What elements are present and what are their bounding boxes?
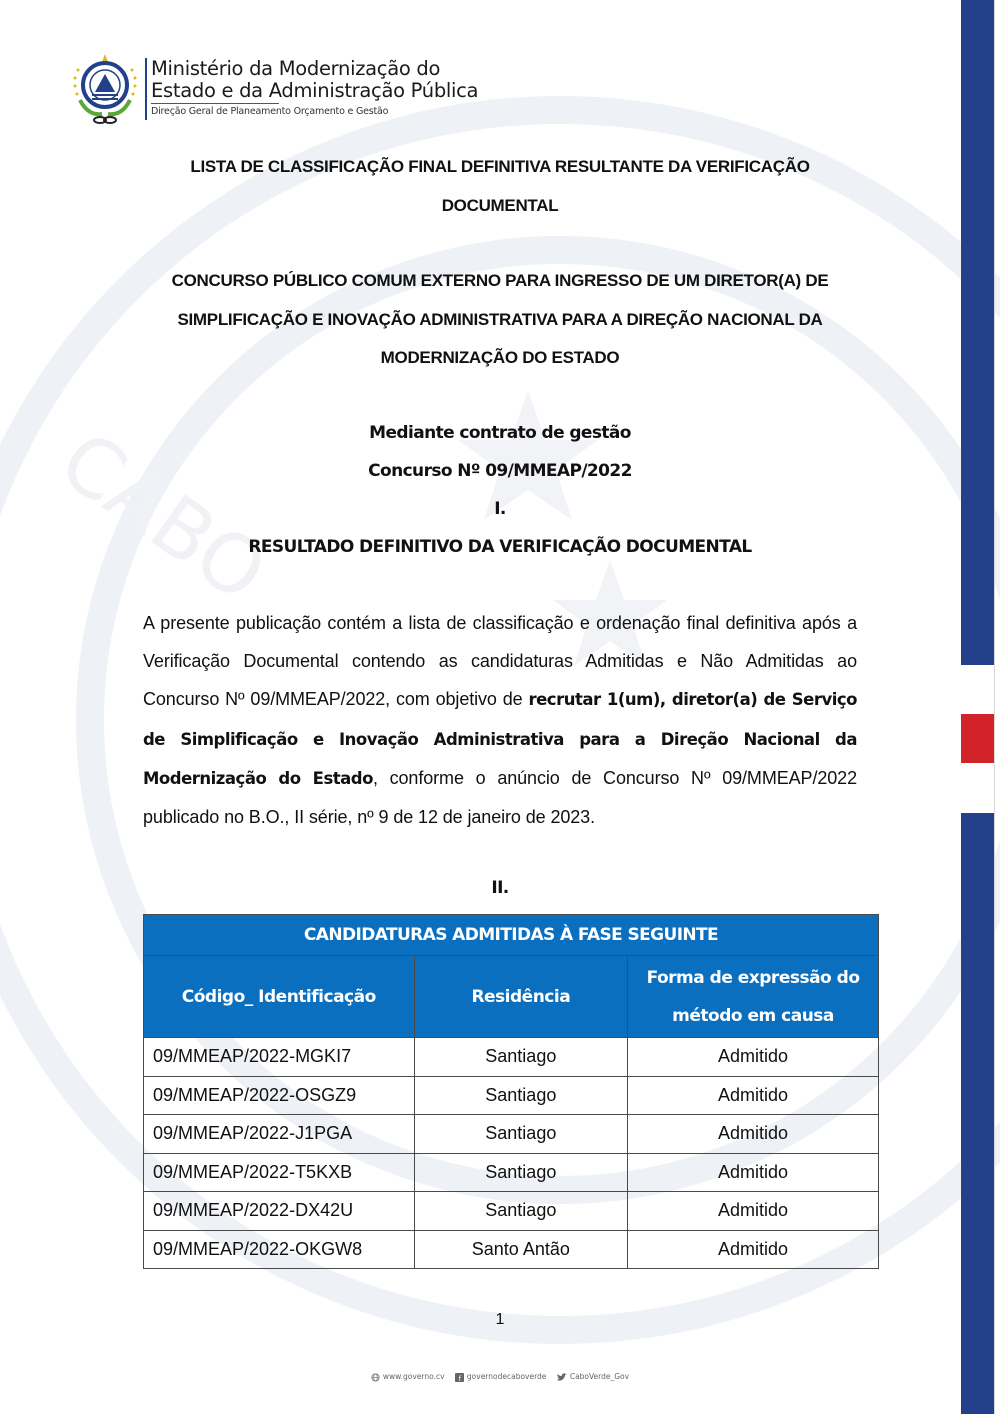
contract-type: Mediante contrato de gestão [140,414,860,452]
table-title: CANDIDATURAS ADMITIDAS À FASE SEGUINTE [144,915,879,956]
column-header-code: Código_ Identificação [144,956,415,1038]
cell-residence: Santiago [414,1192,628,1231]
table-row: 09/MMEAP/2022-DX42USantiagoAdmitido [144,1192,879,1231]
section1-heading: RESULTADO DEFINITIVO DA VERIFICAÇÃO DOCU… [140,528,860,566]
globe-icon [371,1373,380,1382]
table-row: 09/MMEAP/2022-T5KXBSantiagoAdmitido [144,1153,879,1192]
page-edge [994,0,995,1414]
table-row: 09/MMEAP/2022-OKGW8Santo AntãoAdmitido [144,1230,879,1269]
cell-code: 09/MMEAP/2022-T5KXB [144,1153,415,1192]
cell-status: Admitido [628,1115,879,1154]
flag-stripe-red [961,714,995,763]
contest-number: Concurso Nº 09/MMEAP/2022 [140,452,860,490]
footer-links: www.governo.cv fgovernodecaboverde CaboV… [0,1372,1000,1382]
table-row: 09/MMEAP/2022-OSGZ9SantiagoAdmitido [144,1076,879,1115]
document-title-line2: DOCUMENTAL [140,187,860,226]
ministry-name: Ministério da Modernização do Estado e d… [151,58,478,102]
column-header-status-label: Forma de expressão do método em causa [643,959,863,1035]
document-title: LISTA DE CLASSIFICAÇÃO FINAL DEFINITIVA … [140,148,860,225]
cell-code: 09/MMEAP/2022-J1PGA [144,1115,415,1154]
section1-paragraph: A presente publicação contém a lista de … [143,604,857,836]
cell-code: 09/MMEAP/2022-OSGZ9 [144,1076,415,1115]
table-row: 09/MMEAP/2022-J1PGASantiagoAdmitido [144,1115,879,1154]
column-header-residence: Residência [414,956,628,1038]
document-subtitle-line1: CONCURSO PÚBLICO COMUM EXTERNO PARA INGR… [140,262,860,301]
flag-stripe-blue-top [961,0,995,665]
cell-status: Admitido [628,1038,879,1077]
document-subtitle: CONCURSO PÚBLICO COMUM EXTERNO PARA INGR… [140,262,860,378]
cell-residence: Santo Antão [414,1230,628,1269]
cell-residence: Santiago [414,1115,628,1154]
footer-website[interactable]: www.governo.cv [371,1372,445,1381]
twitter-label: CaboVerde_Gov [570,1372,629,1381]
cell-status: Admitido [628,1076,879,1115]
contest-meta: Mediante contrato de gestão Concurso Nº … [140,414,860,566]
cell-residence: Santiago [414,1038,628,1077]
cell-code: 09/MMEAP/2022-OKGW8 [144,1230,415,1269]
cell-status: Admitido [628,1230,879,1269]
cell-residence: Santiago [414,1153,628,1192]
cell-code: 09/MMEAP/2022-MGKI7 [144,1038,415,1077]
cell-status: Admitido [628,1153,879,1192]
cell-residence: Santiago [414,1076,628,1115]
ministry-subtitle: Direção Geral de Planeamento Orçamento e… [151,106,388,117]
facebook-label: governodecaboverde [467,1372,547,1381]
facebook-icon: f [455,1373,464,1382]
ministry-rule [151,103,279,104]
document-subtitle-line2: SIMPLIFICAÇÃO E INOVAÇÃO ADMINISTRATIVA … [140,301,860,340]
ministry-name-line1: Ministério da Modernização do [151,58,478,80]
table-header-row: Código_ Identificação Residência Forma d… [144,956,879,1038]
cell-code: 09/MMEAP/2022-DX42U [144,1192,415,1231]
footer-twitter[interactable]: CaboVerde_Gov [557,1372,629,1381]
twitter-icon [557,1373,567,1382]
footer-facebook[interactable]: fgovernodecaboverde [455,1372,547,1381]
section1-number: I. [140,490,860,528]
table-row: 09/MMEAP/2022-MGKI7SantiagoAdmitido [144,1038,879,1077]
section2-number: II. [140,869,860,907]
logo-divider [145,58,147,120]
admitted-candidates-table: CANDIDATURAS ADMITIDAS À FASE SEGUINTE C… [143,914,879,1269]
page-number: 1 [0,1311,1000,1329]
document-subtitle-line3: MODERNIZAÇÃO DO ESTADO [140,339,860,378]
document-title-line1: LISTA DE CLASSIFICAÇÃO FINAL DEFINITIVA … [140,148,860,187]
website-label: www.governo.cv [383,1372,445,1381]
ministry-name-line2: Estado e da Administração Pública [151,80,478,102]
column-header-status: Forma de expressão do método em causa [628,956,879,1038]
cell-status: Admitido [628,1192,879,1231]
cabo-verde-coat-of-arms-icon [70,52,140,126]
